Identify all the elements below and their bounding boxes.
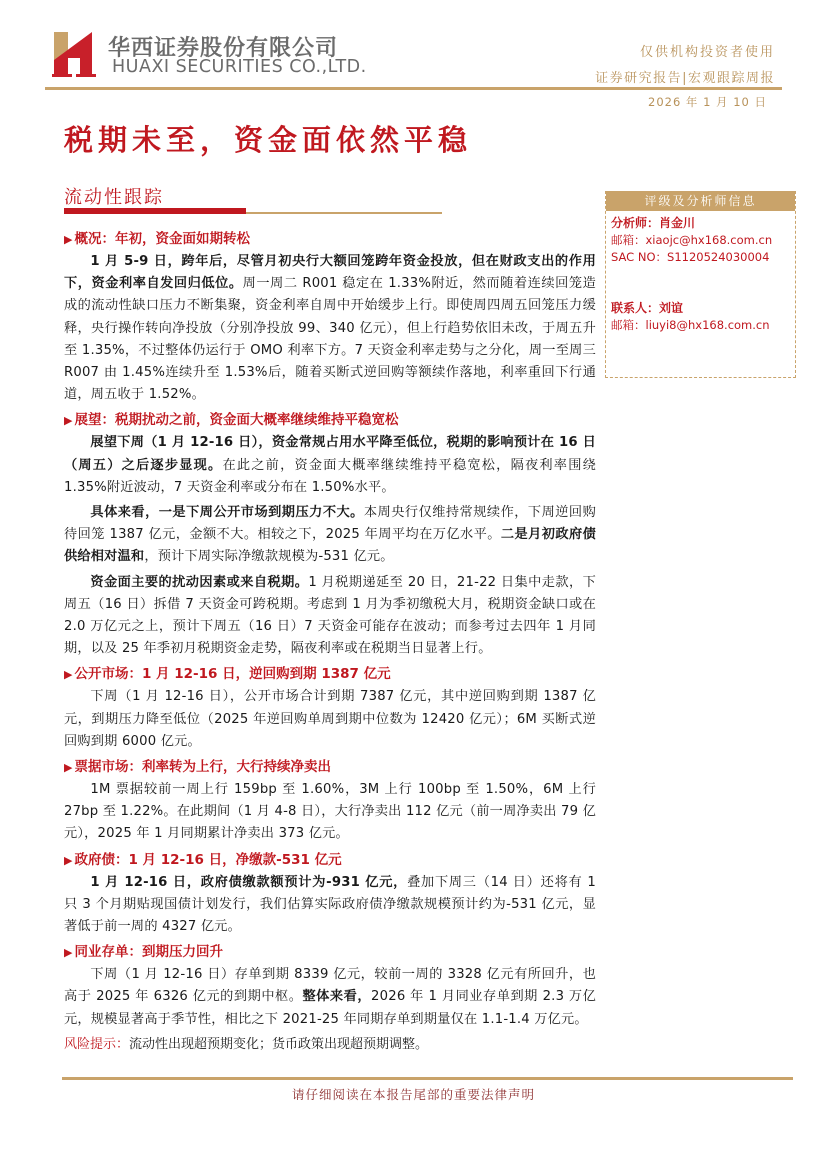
analyst-name: 分析师：肖金川	[611, 215, 790, 232]
section-divider-red	[64, 208, 246, 214]
section-heading: ▶票据市场：利率转为上行，大行持续净卖出	[64, 756, 596, 779]
paragraph: 资金面主要的扰动因素或来自税期。1 月税期递延至 20 日，21-22 日集中走…	[64, 572, 596, 661]
audience-notice: 仅供机构投资者使用	[640, 41, 775, 60]
report-title: 税期未至，资金面依然平稳	[64, 118, 472, 159]
paragraph: 下周（1 月 12-16 日）存单到期 8339 亿元，较前一周的 3328 亿…	[64, 964, 596, 1031]
analyst-info-box: 评级及分析师信息 分析师：肖金川 邮箱：xiaojc@hx168.com.cn …	[605, 191, 796, 378]
contact-name: 联系人：刘谊	[611, 300, 790, 317]
company-name-en: HUAXI SECURITIES CO.,LTD.	[112, 57, 367, 77]
triangle-bullet-icon: ▶	[64, 414, 72, 427]
paragraph: 下周（1 月 12-16 日），公开市场合计到期 7387 亿元，其中逆回购到期…	[64, 686, 596, 753]
risk-warning: 风险提示：流动性出现超预期变化；货币政策出现超预期调整。	[64, 1034, 596, 1056]
analyst-sac-number: SAC NO：S1120524030004	[611, 249, 790, 266]
section-heading: ▶同业存单：到期压力回升	[64, 941, 596, 964]
section-heading: ▶展望：税期扰动之前，资金面大概率继续维持平稳宽松	[64, 409, 596, 432]
paragraph: 展望下周（1 月 12-16 日），资金常规占用水平降至低位，税期的影响预计在 …	[64, 432, 596, 499]
section-divider-gold	[246, 212, 442, 214]
paragraph: 1M 票据较前一周上行 159bp 至 1.60%，3M 上行 100bp 至 …	[64, 779, 596, 846]
report-date: 2026 年 1 月 10 日	[648, 94, 767, 110]
paragraph: 1 月 12-16 日，政府债缴款额预计为-931 亿元，叠加下周三（14 日）…	[64, 872, 596, 939]
section-heading: ▶政府债：1 月 12-16 日，净缴款-531 亿元	[64, 849, 596, 872]
footer-divider	[62, 1077, 793, 1080]
report-body: ▶概况：年初，资金面如期转松 1 月 5-9 日，跨年后，尽管月初央行大额回笼跨…	[64, 226, 596, 1056]
report-type: 证券研究报告|宏观跟踪周报	[595, 67, 775, 86]
section-heading: ▶公开市场：1 月 12-16 日，逆回购到期 1387 亿元	[64, 663, 596, 686]
contact-email[interactable]: 邮箱：liuyi8@hx168.com.cn	[611, 317, 790, 334]
triangle-bullet-icon: ▶	[64, 668, 72, 681]
paragraph: 1 月 5-9 日，跨年后，尽管月初央行大额回笼跨年资金投放，但在财政支出的作用…	[64, 251, 596, 406]
paragraph: 具体来看，一是下周公开市场到期压力不大。本周央行仅维持常规续作，下周逆回购待回笼…	[64, 502, 596, 569]
section-title: 流动性跟踪	[64, 183, 164, 209]
legal-disclaimer-notice: 请仔细阅读在本报告尾部的重要法律声明	[0, 1085, 827, 1103]
analyst-email[interactable]: 邮箱：xiaojc@hx168.com.cn	[611, 232, 790, 249]
triangle-bullet-icon: ▶	[64, 946, 72, 959]
header-divider	[45, 87, 782, 90]
huaxi-logo-icon	[52, 30, 96, 78]
triangle-bullet-icon: ▶	[64, 761, 72, 774]
section-heading: ▶概况：年初，资金面如期转松	[64, 228, 596, 251]
triangle-bullet-icon: ▶	[64, 233, 72, 246]
triangle-bullet-icon: ▶	[64, 854, 72, 867]
analyst-info-heading: 评级及分析师信息	[606, 191, 795, 211]
